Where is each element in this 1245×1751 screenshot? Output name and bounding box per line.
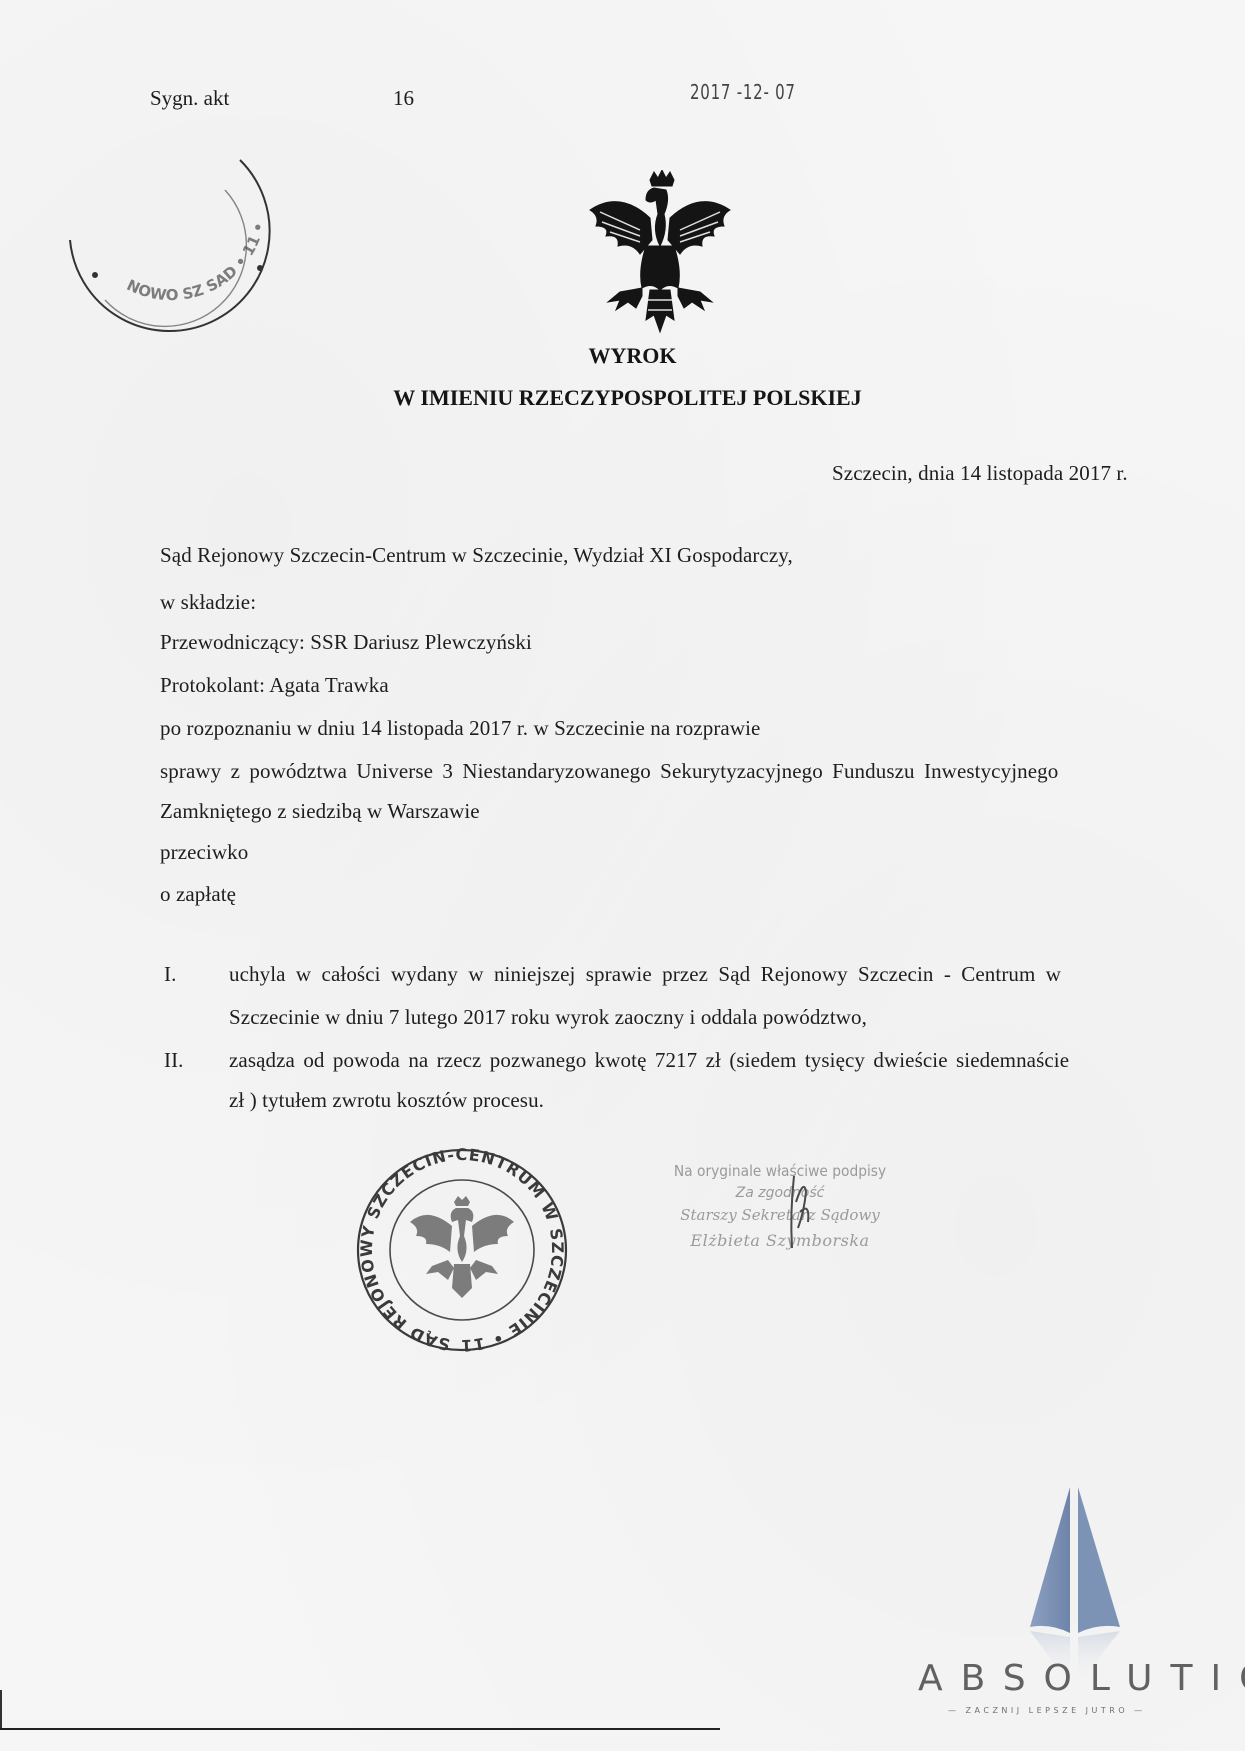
presiding-judge: Przewodniczący: SSR Dariusz Plewczyński (160, 630, 532, 655)
polish-eagle-emblem-icon (580, 170, 740, 340)
ruling-text: uchyla w całości wydany w niniejszej spr… (229, 962, 1061, 987)
case-subject: o zapłatę (160, 882, 236, 907)
court-name: Sąd Rejonowy Szczecin-Centrum w Szczecin… (160, 543, 793, 568)
ruling-number: I. (164, 962, 176, 987)
ruling-text: Szczecinie w dniu 7 lutego 2017 roku wyr… (229, 1005, 867, 1030)
handwritten-signature-icon (780, 1172, 820, 1252)
hearing-info: po rozpoznaniu w dniu 14 listopada 2017 … (160, 716, 760, 741)
absolutio-tagline: — ZACZNIJ LEPSZE JUTRO — (948, 1706, 1146, 1715)
ruling-text: zasądza od powoda na rzecz pozwanego kwo… (229, 1048, 1069, 1073)
against-label: przeciwko (160, 840, 248, 865)
scan-edge (0, 1728, 720, 1730)
case-reference-number: 16 (393, 86, 414, 111)
document-subtitle: W IMIENIU RZECZYPOSPOLITEJ POLSKIEJ (0, 385, 1245, 411)
place-and-date: Szczecin, dnia 14 listopada 2017 r. (832, 461, 1128, 486)
ruling-number: II. (164, 1048, 184, 1073)
scan-edge (0, 1690, 2, 1730)
case-reference-label: Sygn. akt (150, 86, 229, 111)
document-page: Sygn. akt 16 2017 -12- 07 NOWO SZ SAD • … (0, 0, 1245, 1751)
absolutio-logo-mark-icon (990, 1485, 1160, 1685)
court-seal-icon: SĄD REJONOWY SZCZECIN-CENTRUM W SZCZECIN… (348, 1140, 576, 1358)
absolutio-logo-text: ABSOLUTIO (918, 1658, 1245, 1699)
case-parties-line2: Zamkniętego z siedzibą w Warszawie (160, 799, 480, 824)
received-date-stamp: 2017 -12- 07 (690, 80, 796, 104)
ruling-text: zł ) tytułem zwrotu kosztów procesu. (229, 1088, 544, 1113)
court-clerk: Protokolant: Agata Trawka (160, 673, 389, 698)
document-title: WYROK (0, 343, 1245, 369)
case-parties-line1: sprawy z powództwa Universe 3 Niestandar… (160, 759, 1058, 784)
composition-label: w składzie: (160, 590, 256, 615)
court-stamp-partial-icon: NOWO SZ SAD • 11 • CINIE (65, 150, 280, 345)
